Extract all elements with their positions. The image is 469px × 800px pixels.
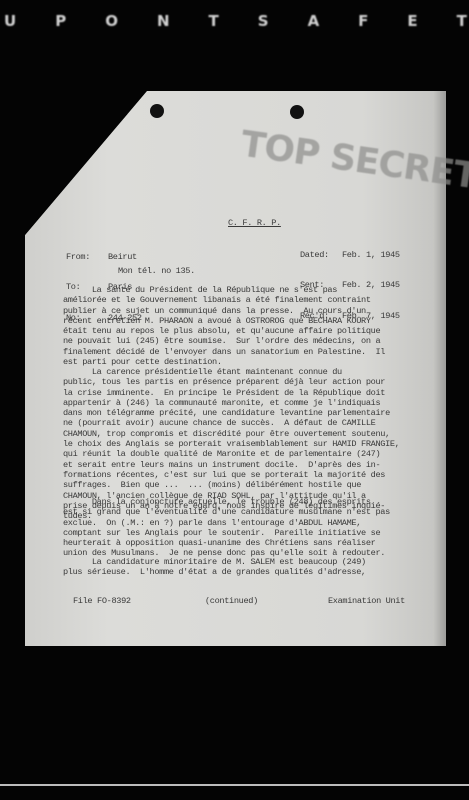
text-line: améliorée et le Gouvernement libanais a … (63, 295, 418, 305)
header-value: Feb. 1, 1945 (342, 250, 400, 260)
text-line: était tenu au repos le plus absolu, et q… (63, 326, 418, 336)
paragraph-3: Dans la conjoncture actuelle, le trouble… (63, 497, 418, 559)
text-line: CHAMOUN, trop compromis et discrédité po… (63, 429, 418, 439)
text-line: La candidature minoritaire de M. SALEM e… (63, 557, 418, 567)
microfilm-banner: U P O N T S A F E T (0, 12, 469, 36)
header-row-dated: Dated:Feb. 1, 1945 (300, 250, 400, 260)
text-line: récent entretien M. PHARAON a avoué à OS… (63, 316, 418, 326)
banner-letter: P (55, 12, 66, 36)
paragraph-4: La candidature minoritaire de M. SALEM e… (63, 557, 418, 578)
banner-letter: E (407, 12, 417, 36)
file-number: File FO-8392 (73, 596, 131, 606)
punch-hole-icon (290, 105, 304, 119)
paragraph-1: La santé du Président de la République n… (63, 285, 418, 367)
text-line: Dans la conjoncture actuelle, le trouble… (63, 497, 418, 507)
telegram-reference: Mon tél. no 135. (118, 266, 195, 276)
text-line: formations récentes, c'est sur lui que s… (63, 470, 418, 480)
text-line: exclue. On (.M.: en ?) parle dans l'ento… (63, 518, 418, 528)
text-line: le choix des Anglais se porterait vraise… (63, 439, 418, 449)
text-line: suffrages. Bien que ... ... (moins) déli… (63, 480, 418, 490)
punch-hole-icon (150, 104, 164, 118)
film-edge-line (0, 784, 469, 786)
text-line: appartenir à (246) la communauté maronit… (63, 398, 418, 408)
text-line: est parti pour cette destination. (63, 357, 418, 367)
document-title: C. F. R. P. (228, 218, 281, 228)
text-line: public, tous les partis en présence prép… (63, 377, 418, 387)
text-line: La santé du Président de la République n… (63, 285, 418, 295)
banner-letter: U (4, 12, 16, 36)
banner-letter: T (209, 12, 219, 36)
text-line: est si grand que l'éventualité d'une can… (63, 507, 418, 517)
banner-letter: T (457, 12, 467, 36)
text-line: publier à ce sujet un communiqué dans la… (63, 306, 418, 316)
header-label: Dated: (300, 250, 342, 260)
text-line: heurterait à opposition quasi-unanime de… (63, 538, 418, 548)
text-line: comptant sur les Anglais pour le souteni… (63, 528, 418, 538)
banner-letter: O (105, 12, 118, 36)
text-line: la crise imminente. En principe le Prési… (63, 388, 418, 398)
text-line: ne pouvait lui (245) être soumise. Sur l… (63, 336, 418, 346)
header-value: Beirut (108, 252, 137, 262)
banner-letter: A (308, 12, 320, 36)
banner-letter: S (258, 12, 269, 36)
continued-note: (continued) (205, 596, 258, 606)
text-line: qui réunit la double qualité de Maronite… (63, 449, 418, 459)
examination-unit: Examination Unit (328, 596, 405, 606)
banner-letter: N (157, 12, 170, 36)
text-line: finalement décidé de l'envoyer dans un s… (63, 347, 418, 357)
text-line: et serait entre leurs mains un instrumen… (63, 460, 418, 470)
text-line: La carence présidentielle étant maintena… (63, 367, 418, 377)
text-line: ne (pourrait avoir) aucune chance de suc… (63, 418, 418, 428)
header-row-from: From:Beirut (66, 252, 142, 262)
header-label: From: (66, 252, 108, 262)
text-line: dans mon télégramme précité, une candida… (63, 408, 418, 418)
text-line: plus sérieuse. L'homme d'état a de grand… (63, 567, 418, 577)
banner-letter: F (358, 12, 368, 36)
